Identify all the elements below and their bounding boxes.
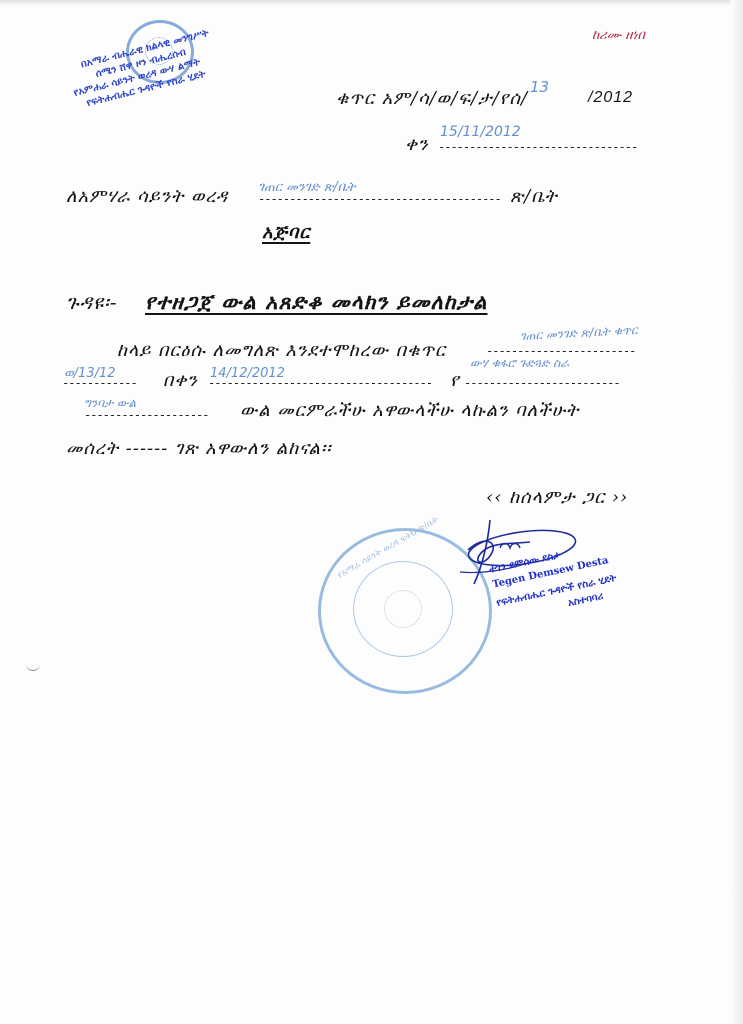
fill-line: -------------------- bbox=[84, 408, 209, 422]
closing-greeting: ‹‹ ከሰላምታ ጋር ›› bbox=[486, 487, 628, 508]
body-line-4: መሰረት ------ ገጽ አዋውለን ልከናል፡፡ bbox=[66, 438, 331, 459]
scanned-letter-page: በአማራ ብሔራዊ ክልላዊ መንግሥት ሰሜን ሸዋ ዞን ብሔረሰብ የአም… bbox=[0, 0, 743, 1024]
reference-label: ቁጥር አም/ሳ/ወ/ፍ/ታ/የሰ/ bbox=[336, 88, 528, 109]
body-line-1: ከላይ በርዕሱ ለመግለጽ እንደተሞከረው በቁጥር bbox=[117, 340, 446, 361]
body-handwritten-subject: ውሃ ቁፋሮ ጉድጓድ ስራ bbox=[470, 356, 569, 371]
scan-edge bbox=[0, 0, 743, 6]
binder-hole-mark bbox=[26, 664, 40, 671]
red-handwritten-note: ከሪሙ ዘነበ bbox=[592, 28, 645, 43]
date-handwritten: 15/11/2012 bbox=[440, 124, 521, 140]
recipient-suffix: ጽ/ቤት bbox=[510, 186, 558, 207]
body-of-label: የ bbox=[450, 370, 460, 391]
fill-line: ------------ bbox=[62, 376, 137, 390]
body-date-label: በቀን bbox=[163, 370, 198, 391]
body-line-3: ውል መርምራችሁ አዋውላችሁ ላኩልን ባለችሁት bbox=[240, 400, 579, 421]
recipient-line: --------------------------------------- bbox=[258, 192, 501, 206]
subject-text: የተዘጋጀ ውል አጸድቆ መላክን ይመለከታል bbox=[145, 289, 488, 315]
fill-line: ------------------------- bbox=[464, 376, 620, 390]
date-label: ቀን bbox=[405, 134, 429, 155]
date-line: -------------------------------- bbox=[438, 140, 637, 154]
reference-number-handwritten: 13 bbox=[530, 78, 549, 96]
scan-edge bbox=[731, 0, 743, 1024]
recipient-city: አጅባር bbox=[262, 222, 310, 243]
reference-year: /2012 bbox=[588, 89, 633, 107]
fill-line: ------------------------------------ bbox=[208, 376, 432, 390]
body-handwritten-note: ገጠር መንገድ ጽ/ቤት ቁጥር bbox=[520, 323, 638, 344]
subject-label: ጉዳዩ፡- bbox=[66, 290, 118, 314]
seal-emblem-icon bbox=[384, 590, 422, 628]
recipient-label: ለአምሃራ ሳይንት ወረዳ bbox=[66, 186, 228, 207]
